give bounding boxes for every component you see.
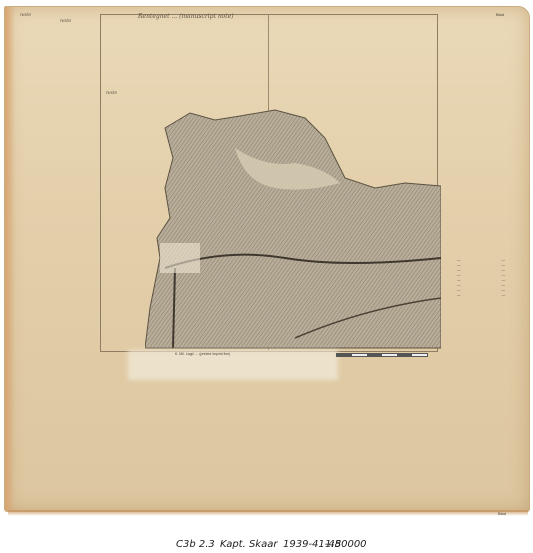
paper-edge-stain — [5, 7, 15, 511]
corner-label-top-right: Blad — [496, 12, 504, 17]
corner-label-bottom-right: Blad — [498, 511, 506, 516]
margin-note: note — [60, 18, 71, 24]
catalog-id: C3b 2.3 — [176, 539, 215, 550]
margin-note: note — [20, 12, 31, 18]
imprint-caption: K. Mil. Lagd. ... (printed imprint line) — [175, 352, 230, 356]
map-scale: 1:50000 — [325, 539, 367, 550]
paper-repair-patch — [128, 350, 338, 380]
paper-bottom-edge — [8, 510, 528, 516]
map-legend: —— —— —— —— —— —— —— —— — [457, 258, 505, 298]
surveyor-name: Kapt. Skaar — [220, 539, 277, 550]
top-annotation: Rentegnet ... (manuscript note) — [138, 13, 234, 20]
topographic-map-drawing — [145, 108, 441, 350]
margin-note: note — [106, 90, 117, 96]
scale-bar — [336, 353, 428, 357]
